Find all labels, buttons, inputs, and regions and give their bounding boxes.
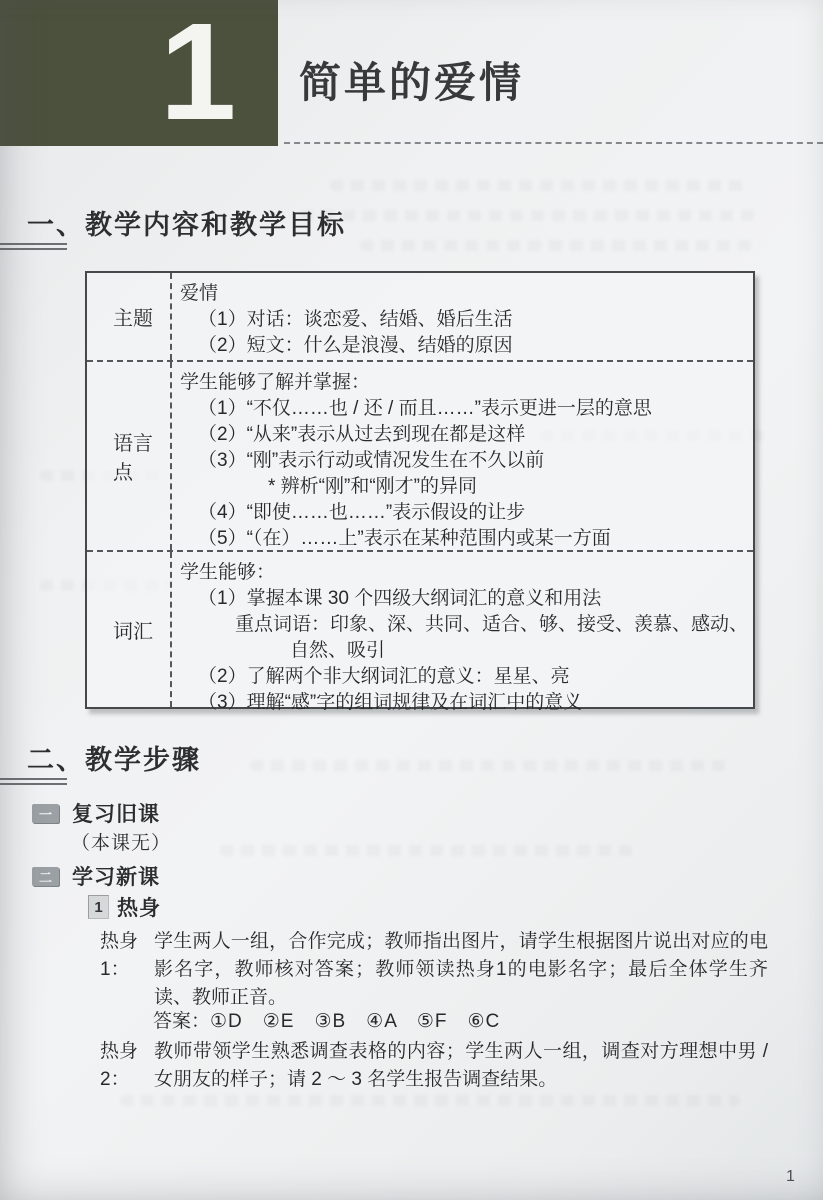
table-line: （1）对话：谈恋爱、结婚、婚后生活 <box>198 307 747 333</box>
table-line: * 辨析“刚”和“刚才”的异同 <box>268 474 747 500</box>
table-line: （2）短文：什么是浪漫、结婚的原因 <box>198 333 747 359</box>
warmup-item-text: 学生两人一组，合作完成；教师指出图片，请学生根据图片说出对应的电影名字，教师核对… <box>154 928 768 1012</box>
section1-heading: 一、教学内容和教学目标 <box>27 203 346 242</box>
chapter-number: 1 <box>150 16 242 128</box>
step-title: 学习新课 <box>72 861 160 891</box>
page-bleed-smudge <box>300 210 760 221</box>
table-line: （1）掌握本课 30 个四级大纲词汇的意义和用法 <box>198 586 748 612</box>
table-line: （2）“从来”表示从过去到现在都是这样 <box>198 422 747 448</box>
table-line: 重点词语：印象、深、共同、适合、够、接受、羡慕、感动、 <box>235 612 748 638</box>
step-learn-new-lesson: 二 学习新课 <box>32 861 160 891</box>
table-line: 学生能够了解并掌握： <box>180 370 747 396</box>
row-content-theme: 爱情 （1）对话：谈恋爱、结婚、婚后生活 （2）短文：什么是浪漫、结婚的原因 <box>172 273 753 360</box>
table-line: （1）“不仅……也 / 还 / 而且……”表示更进一层的意思 <box>198 396 747 422</box>
row-label-language-points: 语言点 <box>87 362 172 550</box>
warmup-item-label: 热身2： <box>100 1038 154 1094</box>
table-row-vocabulary: 词汇 学生能够： （1）掌握本课 30 个四级大纲词汇的意义和用法 重点词语：印… <box>87 552 753 707</box>
table-line: 学生能够： <box>180 560 748 586</box>
warmup-heading: 1 热身 <box>88 892 161 922</box>
answers-values: ①D ②E ③B ④A ⑤F ⑥C <box>210 1011 500 1032</box>
table-line: （3）理解“感”字的组词规律及在词汇中的意义 <box>198 690 748 716</box>
answers-label: 答案： <box>153 1011 210 1032</box>
warmup-number-badge: 1 <box>88 895 109 919</box>
table-line: （5）“（在）……上”表示在某种范围内或某一方面 <box>198 526 747 552</box>
table-row-theme: 主题 爱情 （1）对话：谈恋爱、结婚、婚后生活 （2）短文：什么是浪漫、结婚的原… <box>87 273 753 362</box>
row-content-language-points: 学生能够了解并掌握： （1）“不仅……也 / 还 / 而且……”表示更进一层的意… <box>172 362 753 550</box>
warmup-answers: 答案：①D ②E ③B ④A ⑤F ⑥C <box>153 1008 500 1036</box>
page-bleed-smudge <box>330 180 750 191</box>
section2-heading: 二、教学步骤 <box>27 738 201 777</box>
warmup-item-2: 热身2： 教师带领学生熟悉调查表格的内容；学生两人一组，调查对方理想中男 / 女… <box>100 1038 768 1094</box>
table-line: （2）了解两个非大纲词汇的意义：星星、亮 <box>198 664 748 690</box>
step-note: （本课无） <box>71 828 171 855</box>
step-review-old-lesson: 一 复习旧课 <box>32 798 160 828</box>
row-label-theme: 主题 <box>87 273 172 360</box>
table-line: 自然、吸引 <box>290 638 748 664</box>
table-line: （4）“即使……也……”表示假设的让步 <box>198 500 747 526</box>
step-number-icon: 一 <box>32 804 59 823</box>
chapter-number-box: 1 <box>0 0 278 146</box>
warmup-title: 热身 <box>117 892 161 922</box>
warmup-item-1: 热身1： 学生两人一组，合作完成；教师指出图片，请学生根据图片说出对应的电影名字… <box>100 928 768 1012</box>
table-line: （3）“刚”表示行动或情况发生在不久以前 <box>198 448 747 474</box>
section1-heading-underline <box>0 243 67 250</box>
step-title: 复习旧课 <box>72 798 160 828</box>
page-bleed-smudge <box>220 845 640 856</box>
step-number-icon: 二 <box>32 867 59 886</box>
page-bleed-smudge <box>120 1095 740 1106</box>
row-content-vocabulary: 学生能够： （1）掌握本课 30 个四级大纲词汇的意义和用法 重点词语：印象、深… <box>172 552 754 707</box>
objectives-table: 主题 爱情 （1）对话：谈恋爱、结婚、婚后生活 （2）短文：什么是浪漫、结婚的原… <box>85 271 755 709</box>
book-page: 1 简单的爱情 一、教学内容和教学目标 主题 爱情 （1）对话：谈恋爱、结婚、婚… <box>0 0 823 1200</box>
warmup-item-label: 热身1： <box>100 928 154 1012</box>
section2-heading-underline <box>0 778 67 785</box>
page-bleed-smudge <box>360 240 760 251</box>
table-row-language-points: 语言点 学生能够了解并掌握： （1）“不仅……也 / 还 / 而且……”表示更进… <box>87 362 753 552</box>
dashed-divider <box>284 142 823 144</box>
row-label-vocabulary: 词汇 <box>87 552 172 707</box>
page-bleed-smudge <box>250 760 730 771</box>
chapter-title: 简单的爱情 <box>299 50 524 110</box>
page-number: 1 <box>786 1168 795 1186</box>
table-line: 爱情 <box>180 281 747 307</box>
warmup-item-text: 教师带领学生熟悉调查表格的内容；学生两人一组，调查对方理想中男 / 女朋友的样子… <box>154 1038 768 1094</box>
